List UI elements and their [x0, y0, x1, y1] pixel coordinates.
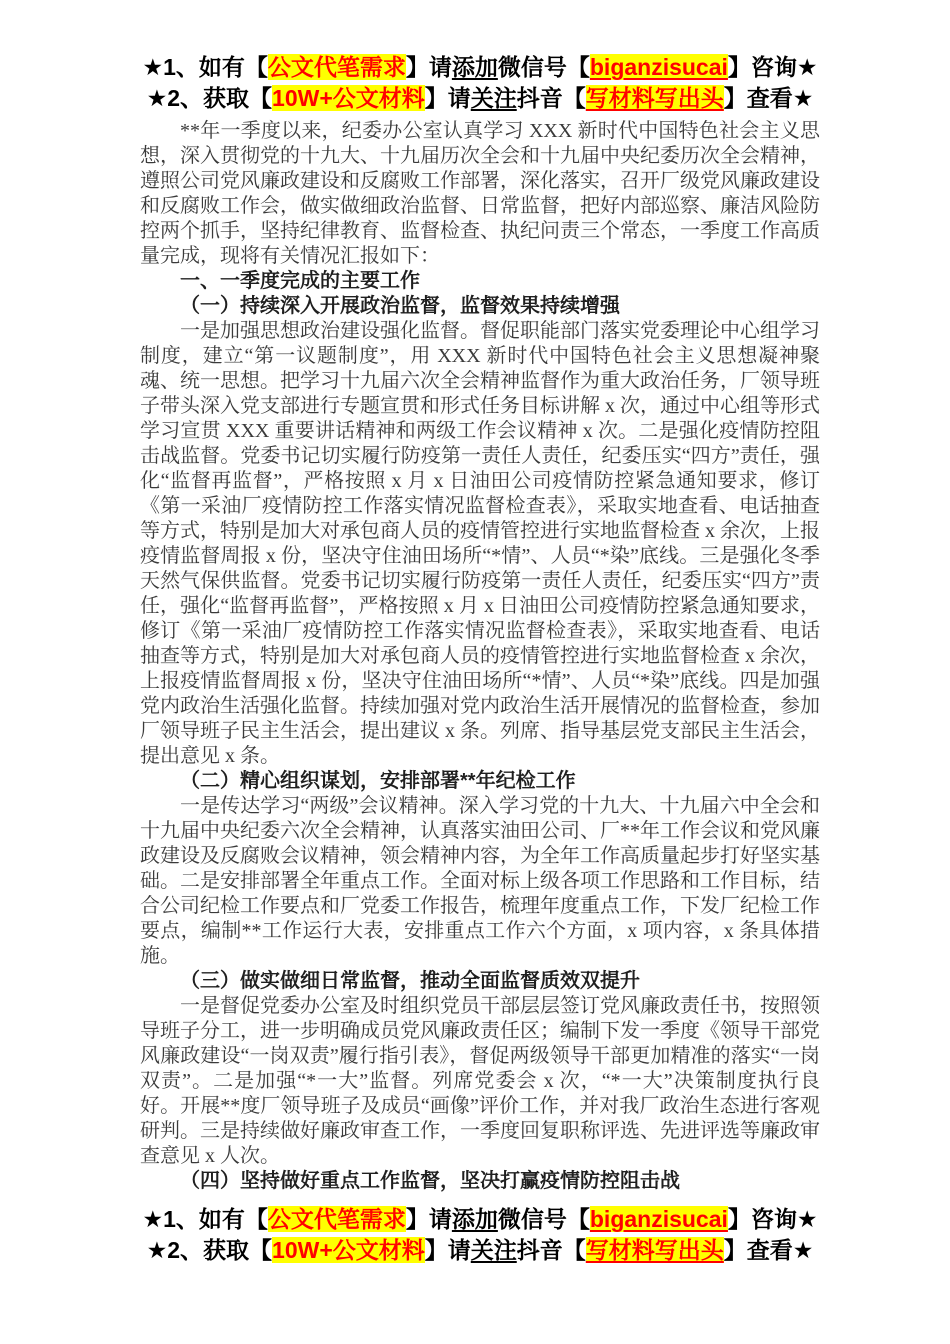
promo2-suffix: 】查看★	[724, 85, 814, 111]
subsection-heading-1-1: （一）持续深入开展政治监督，监督效果持续增强	[140, 294, 820, 319]
promo2-material-highlight: 10W+公文材料	[272, 85, 425, 111]
document-body: **年一季度以来，纪委办公室认真学习 XXX 新时代中国特色社会主义思想，深入贯…	[140, 119, 820, 1194]
promo-line-1: ★1、如有【公文代笔需求】请添加微信号【biganzisucai】咨询★	[140, 52, 820, 83]
promo-line-2: ★2、获取【10W+公文材料】请关注抖音【写材料写出头】查看★	[140, 83, 820, 114]
promo1-mid1: 】请	[406, 54, 452, 80]
promo2-mid1: 】请	[425, 85, 471, 111]
promo-line-1: ★1、如有【公文代笔需求】请添加微信号【biganzisucai】咨询★	[140, 1204, 820, 1235]
promo1-service-highlight: 公文代笔需求	[268, 54, 406, 80]
section-heading-1: 一、一季度完成的主要工作	[140, 269, 820, 294]
promo1-service-highlight: 公文代笔需求	[268, 1206, 406, 1232]
paragraph-1-3: 一是督促党委办公室及时组织党员干部层层签订党风廉政责任书，按照领导班子分工，进一…	[140, 994, 820, 1169]
subsection-heading-1-2: （二）精心组织谋划，安排部署**年纪检工作	[140, 769, 820, 794]
promo-line-2: ★2、获取【10W+公文材料】请关注抖音【写材料写出头】查看★	[140, 1235, 820, 1266]
promo2-douyin-label: 抖音【	[517, 1237, 586, 1263]
promo2-follow-action: 关注	[471, 85, 517, 111]
promo1-suffix: 】咨询★	[728, 54, 818, 80]
document-page: ★1、如有【公文代笔需求】请添加微信号【biganzisucai】咨询★★2、获…	[0, 0, 950, 1344]
subsection-heading-1-3: （三）做实做细日常监督，推动全面监督质效双提升	[140, 969, 820, 994]
promo1-wechat-label: 微信号【	[498, 1206, 590, 1232]
promo2-douyin-id-highlight: 写材料写出头	[586, 1237, 724, 1263]
promo2-prefix: ★2、获取【	[147, 1237, 272, 1263]
bottom-promo-notice: ★1、如有【公文代笔需求】请添加微信号【biganzisucai】咨询★★2、获…	[140, 1204, 820, 1266]
promo1-mid1: 】请	[406, 1206, 452, 1232]
paragraph-1-2: 一是传达学习“两级”会议精神。深入学习党的十九大、十九届六中全会和十九届中央纪委…	[140, 794, 820, 969]
promo2-material-highlight: 10W+公文材料	[272, 1237, 425, 1263]
promo2-douyin-label: 抖音【	[517, 85, 586, 111]
promo1-wechat-label: 微信号【	[498, 54, 590, 80]
promo1-add-action: 添加	[452, 1206, 498, 1232]
paragraph-1-1: 一是加强思想政治建设强化监督。督促职能部门落实党委理论中心组学习制度，建立“第一…	[140, 319, 820, 769]
promo1-wechat-id-highlight: biganzisucai	[590, 54, 728, 80]
promo2-suffix: 】查看★	[724, 1237, 814, 1263]
promo1-add-action: 添加	[452, 54, 498, 80]
promo1-wechat-id-highlight: biganzisucai	[590, 1206, 728, 1232]
promo2-douyin-id-highlight: 写材料写出头	[586, 85, 724, 111]
promo1-prefix: ★1、如有【	[142, 1206, 267, 1232]
promo2-follow-action: 关注	[471, 1237, 517, 1263]
promo1-prefix: ★1、如有【	[142, 54, 267, 80]
promo1-suffix: 】咨询★	[728, 1206, 818, 1232]
intro-paragraph: **年一季度以来，纪委办公室认真学习 XXX 新时代中国特色社会主义思想，深入贯…	[140, 119, 820, 269]
top-promo-notice: ★1、如有【公文代笔需求】请添加微信号【biganzisucai】咨询★★2、获…	[140, 52, 820, 114]
subsection-heading-1-4: （四）坚持做好重点工作监督，坚决打赢疫情防控阻击战	[140, 1169, 820, 1194]
promo2-mid1: 】请	[425, 1237, 471, 1263]
promo2-prefix: ★2、获取【	[147, 85, 272, 111]
